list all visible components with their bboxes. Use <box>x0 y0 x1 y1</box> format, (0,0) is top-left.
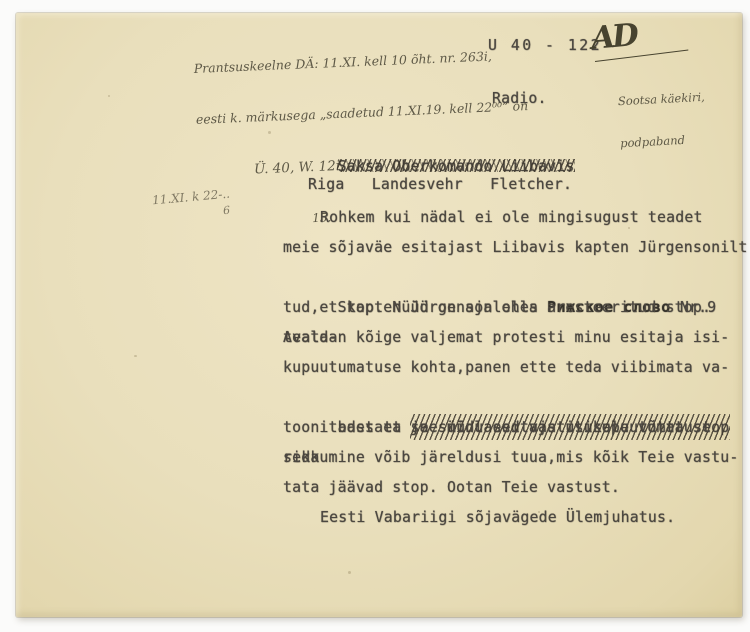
address-line: Riga Landesvehr Fletcher. <box>308 176 572 193</box>
monogram-note-line: podpaband <box>620 132 707 151</box>
body-line-5: Avaldan kõige valjemat protesti minu esi… <box>283 323 750 353</box>
pencil-annotation-line: Prantsuskeelne DÄ: 11.XI. kell 10 õht. n… <box>193 46 526 77</box>
radio-heading: Radio. <box>492 90 547 107</box>
monogram-note: Sootsa käekiri, podpaband <box>616 62 709 178</box>
pencil-annotation-line: eesti k. märkusega „saadetud 11.XI.19. k… <box>196 97 529 128</box>
body-line-2: meie sõjaväe esitajast Liibavis kapten J… <box>283 233 750 263</box>
reference-number: U 40 - 122 <box>488 37 602 54</box>
document-paper: Prantsuskeelne DÄ: 11.XI. kell 10 õht. n… <box>16 13 742 617</box>
body-line-9: rikkumine võib järeldusi tuua,mis kõik T… <box>283 443 750 473</box>
body-line-4: tud,et kapten Jürgenson olla aresteeritu… <box>283 293 750 323</box>
body-line-1: Rohkem kui nädal ei ole mingisugust tead… <box>283 203 750 233</box>
body-line-7: bastata ja süüdlased vastutusele võtta s… <box>283 383 750 413</box>
monogram-note-line: Sootsa käekiri, <box>618 90 705 109</box>
margin-note-sub: 6 <box>222 204 230 218</box>
paper-speck <box>348 571 351 574</box>
signature-line: Eesti Vabariigi sõjavägede Ülemjuhatus. <box>283 503 750 533</box>
body-line-10: tata jäävad stop. Ootan Teie vastust. <box>283 473 750 503</box>
monogram-initials: AD <box>590 17 638 57</box>
paper-speck <box>134 355 137 357</box>
scan-background: Prantsuskeelne DÄ: 11.XI. kell 10 õht. n… <box>0 0 750 632</box>
body-line-6: kupuutumatuse kohta,panen ette teda viib… <box>283 353 750 383</box>
body-line-8: toonitades et see minu esitaja isikupuut… <box>283 413 750 443</box>
body-line-3: Stop. Nüüd on ajalehes Рижское слово Nr.… <box>283 263 750 293</box>
overstruck-text: Saksa Oberkomando Liibavis <box>338 158 575 175</box>
paper-speck <box>108 95 110 97</box>
